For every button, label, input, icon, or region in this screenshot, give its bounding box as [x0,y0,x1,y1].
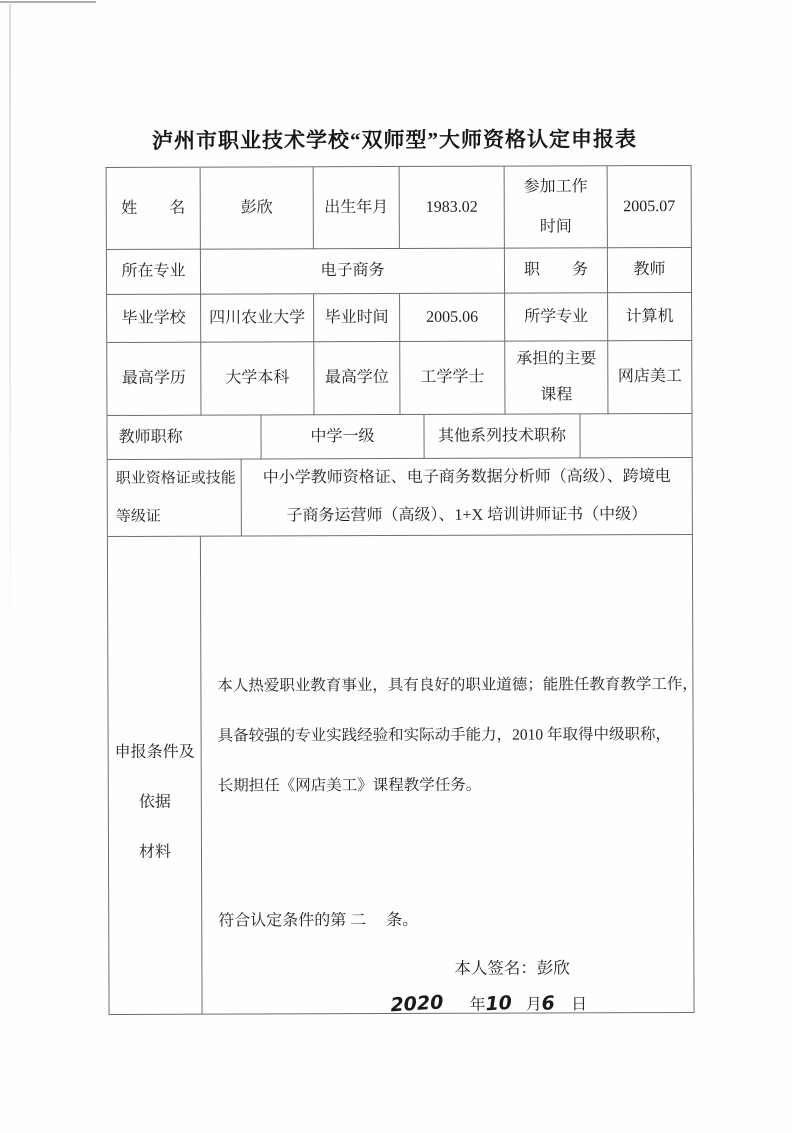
handwritten-year: 2020 [390,989,444,1014]
name-value-cell: 彭欣 [201,167,314,249]
main-course-label-line1: 承担的主要 [516,341,596,377]
main-course-label-cell: 承担的主要 课程 [505,341,608,414]
table-row-titles: 教师职称 中学一级 其他系列技术职称 [107,414,692,460]
year-label: 年 [469,994,485,1015]
position-value-cell: 教师 [608,248,692,293]
major-value-cell: 电子商务 [201,249,505,295]
school-value-cell: 四川农业大学 [201,294,314,342]
certificates-label-line2: 等级证 [116,498,161,536]
statement-line1: 本人热爱职业教育事业，具有良好的职业道德；能胜任教育教学工作， [217,660,694,712]
birth-date-label-cell: 出生年月 [314,167,400,249]
work-start-value-cell: 2005.07 [608,166,692,248]
degree-value-cell: 工学学士 [400,342,505,415]
handwritten-month: 10 [485,990,513,1015]
certificates-value-line1: 中小学教师资格证、电子商务数据分析师（高级）、跨境电 [263,458,671,497]
certificates-label-line1: 职业资格证或技能 [116,460,236,498]
handwritten-day: 6 [541,990,556,1015]
conditions-label-cell: 申报条件及 依据 材料 [108,537,203,1015]
other-title-value-cell [580,414,692,458]
main-course-label-line2: 课程 [540,377,572,413]
certificates-value-cell: 中小学教师资格证、电子商务数据分析师（高级）、跨境电 子商务运营师（高级）、1+… [242,458,693,537]
certificates-value-line2: 子商务运营师（高级）、1+X 培训讲师证书（中级） [286,496,647,535]
work-start-label-line1: 参加工作 [524,167,588,207]
conditions-label-line2: 依据 [139,778,171,828]
other-title-label-cell: 其他系列技术职称 [424,414,580,459]
condition-clause: 符合认定条件的第 二 条。 [202,909,418,934]
grad-time-label-cell: 毕业时间 [314,294,400,342]
birth-date-value-cell: 1983.02 [400,167,505,249]
certificates-label-cell: 职业资格证或技能 等级证 [108,460,242,537]
table-row-basic-info: 姓 名 彭欣 出生年月 1983.02 参加工作 时间 2005.07 [107,166,692,250]
day-label: 日 [571,993,587,1014]
work-start-label-cell: 参加工作 时间 [505,166,608,248]
application-form-table: 姓 名 彭欣 出生年月 1983.02 参加工作 时间 2005.07 所在专业… [106,165,695,1015]
studied-major-label-cell: 所学专业 [505,293,608,341]
major-label-cell: 所在专业 [107,250,201,295]
table-row-conditions: 申报条件及 依据 材料 本人热爱职业教育事业，具有良好的职业道德；能胜任教育教学… [108,535,695,1015]
form-sheet: 泸州市职业技术学校“双师型”大师资格认定申报表 姓 名 彭欣 出生年月 1983… [0,0,792,1133]
scanned-document-page: 泸州市职业技术学校“双师型”大师资格认定申报表 姓 名 彭欣 出生年月 1983… [0,0,792,1133]
conditions-content-cell: 本人热爱职业教育事业，具有良好的职业道德；能胜任教育教学工作， 具备较强的专业实… [201,535,695,1015]
grad-time-value-cell: 2005.06 [400,294,505,342]
studied-major-value-cell: 计算机 [608,293,692,341]
degree-label-cell: 最高学位 [314,342,400,415]
statement-paragraph: 本人热爱职业教育事业，具有良好的职业道德；能胜任教育教学工作， 具备较强的专业实… [201,660,694,812]
position-label-cell: 职 务 [505,248,608,293]
teacher-title-label-cell: 教师职称 [107,415,261,460]
statement-line3: 长期担任《网店美工》课程教学任务。 [218,760,695,812]
table-row-major: 所在专业 电子商务 职 务 教师 [107,248,692,295]
form-title: 泸州市职业技术学校“双师型”大师资格认定申报表 [0,123,791,156]
month-label: 月 [526,993,542,1014]
statement-line2: 具备较强的专业实践经验和实际动手能力，2010 年取得中级职称， [218,710,695,762]
table-row-certificates: 职业资格证或技能 等级证 中小学教师资格证、电子商务数据分析师（高级）、跨境电 … [108,458,693,537]
conditions-label-line1: 申报条件及 [115,728,195,778]
applicant-signature: 本人签名：彭欣 [454,956,570,980]
conditions-label-line3: 材料 [139,828,171,878]
name-label-cell: 姓 名 [107,168,201,250]
table-row-education: 最高学历 大学本科 最高学位 工学学士 承担的主要 课程 网店美工 [107,341,692,416]
education-value-cell: 大学本科 [201,342,314,415]
school-label-cell: 毕业学校 [107,295,201,343]
signature-date: 2020 年 10 月 6 日 [390,990,587,1014]
teacher-title-value-cell: 中学一级 [261,415,424,460]
education-label-cell: 最高学历 [107,343,201,416]
work-start-label-line2: 时间 [540,207,572,247]
table-row-graduation: 毕业学校 四川农业大学 毕业时间 2005.06 所学专业 计算机 [107,293,692,343]
main-course-value-cell: 网店美工 [608,341,692,414]
